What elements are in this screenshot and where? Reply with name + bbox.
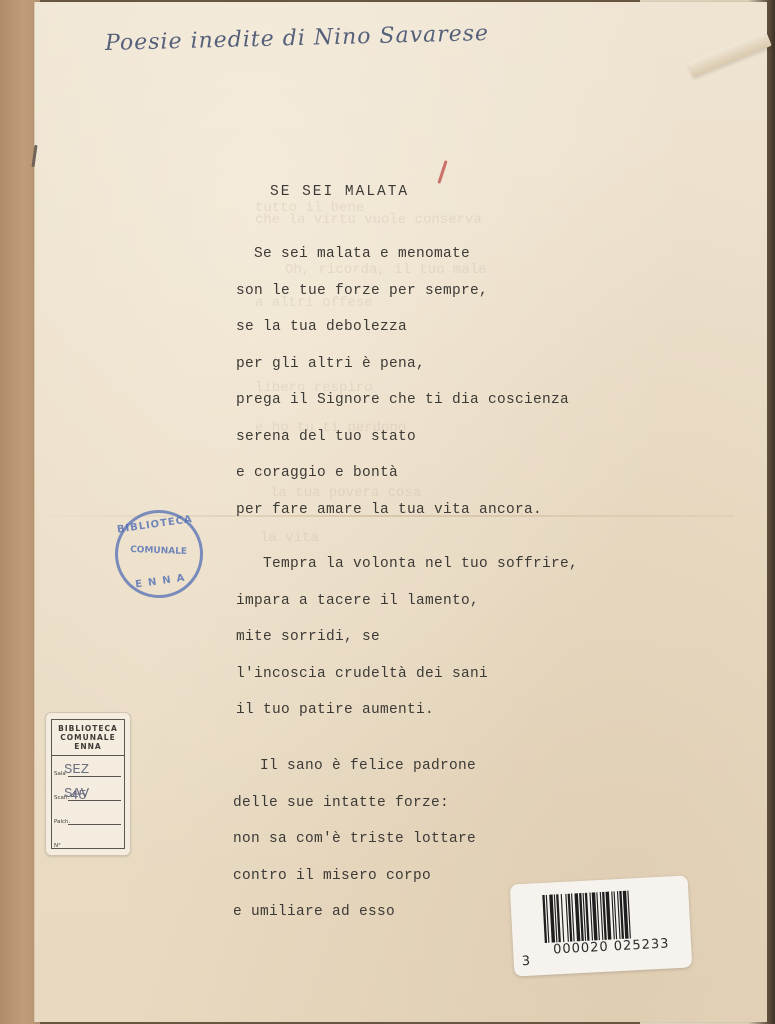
barcode-prefix: 3 — [521, 954, 530, 969]
field-label: N° — [54, 843, 61, 849]
field-value-palch: 45 — [70, 788, 87, 804]
ghost-line: Oh, ricorda, il tuo male — [285, 262, 487, 278]
label-header-line: BIBLIOTECA — [52, 724, 124, 733]
ghost-line: che la virtu vuole conserva — [255, 212, 482, 228]
field-line — [68, 824, 121, 825]
poem-line: per fare amare la tua vita ancora. — [236, 502, 542, 518]
barcode-sticker: 3 000020 025233 — [510, 875, 693, 976]
field-value: SEZ — [64, 762, 89, 778]
poem-title: SE SEI MALATA — [270, 184, 409, 200]
stamp-middle-text: COMUNALE — [117, 545, 199, 558]
poem-line: impara a tacere il lamento, — [236, 593, 479, 609]
poem-line: e coraggio e bontà — [236, 465, 398, 481]
library-shelf-label: BIBLIOTECA COMUNALE ENNA Sala SEZ Scaff.… — [45, 712, 131, 856]
poem-line: Il sano è felice padrone — [233, 758, 476, 774]
poem-line: non sa com'è triste lottare — [233, 831, 476, 847]
poem-line: mite sorridi, se — [236, 629, 380, 645]
poem-line: prega il Signore che ti dia coscienza — [236, 392, 569, 408]
label-field-scaff: Scaff. SAV — [52, 780, 124, 804]
label-field-palch: Palch. — [52, 804, 124, 828]
poem-line: son le tue forze per sempre, — [236, 283, 488, 299]
poem-line: il tuo patire aumenti. — [236, 702, 434, 718]
poem-line: per gli altri è pena, — [236, 356, 425, 372]
label-header: BIBLIOTECA COMUNALE ENNA — [52, 720, 124, 756]
label-field-number: N° — [52, 828, 124, 852]
poem-line: serena del tuo stato — [236, 429, 416, 445]
poem-line: se la tua debolezza — [236, 319, 407, 335]
label-field-sala: Sala SEZ — [52, 756, 124, 780]
ghost-line: la tua povera cosa — [270, 485, 421, 501]
label-header-line: ENNA — [52, 742, 124, 751]
field-line — [68, 848, 121, 849]
poem-line: l'incoscia crudeltà dei sani — [236, 666, 488, 682]
label-header-line: COMUNALE — [52, 733, 124, 742]
poem-line: e umiliare ad esso — [233, 904, 395, 920]
ghost-line: la vita — [260, 530, 319, 546]
poem-line: Tempra la volonta nel tuo soffrire, — [236, 556, 578, 572]
poem-line: delle sue intatte forze: — [233, 795, 449, 811]
poem-line: Se sei malata e menomate — [236, 246, 470, 262]
poem-line: contro il misero corpo — [233, 868, 431, 884]
